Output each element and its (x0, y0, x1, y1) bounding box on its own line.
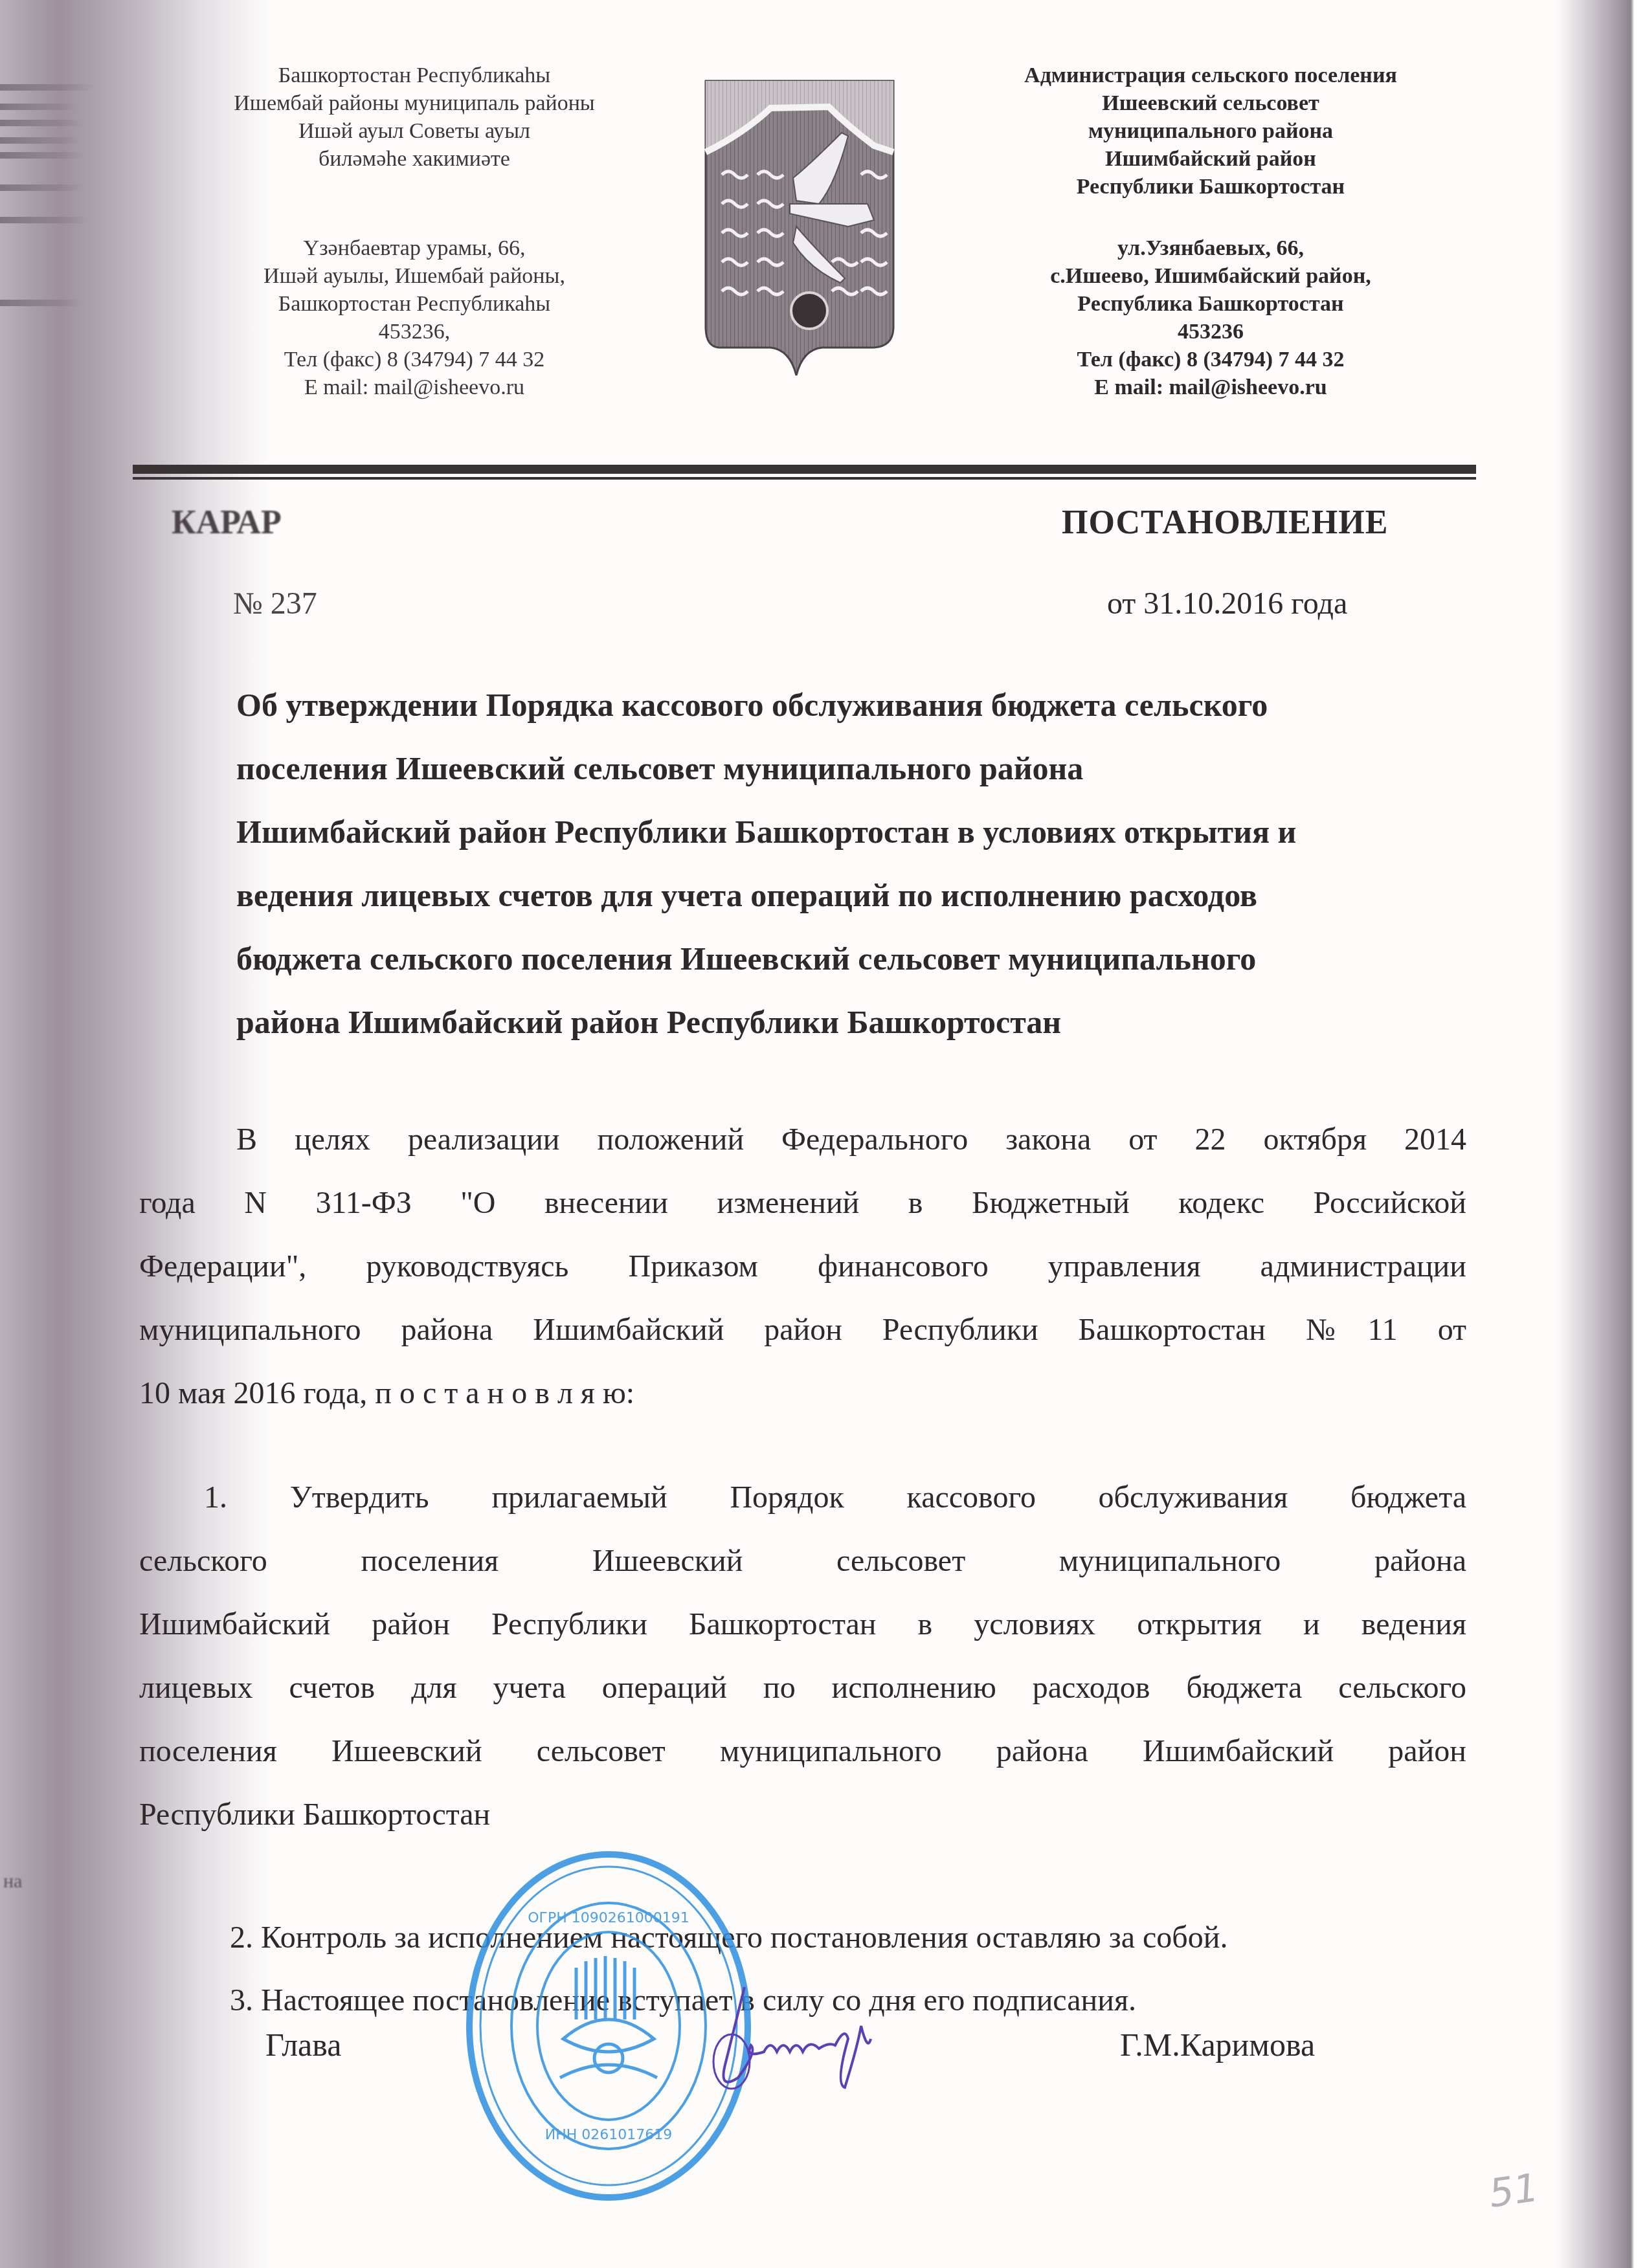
title-line: района Ишимбайский район Республики Башк… (236, 990, 1453, 1054)
doc-number: № 237 (233, 586, 317, 621)
header-left-line: Башкортостан Республикаhы (168, 61, 660, 89)
handwritten-page-number: 51 (1486, 2165, 1541, 2217)
preamble-line: В целях реализации положений Федеральног… (139, 1108, 1466, 1172)
header-right-line: Ишеевский сельсовет (952, 89, 1470, 117)
header-right-postcode: 453236 (952, 318, 1470, 346)
title-line: бюджета сельского поселения Ишеевский се… (236, 927, 1453, 990)
bleed-through-line (0, 104, 78, 110)
item-1-line: сельского поселения Ишеевский сельсовет … (139, 1529, 1466, 1593)
item-1-paragraph: 1. Утвердить прилагаемый Порядок кассово… (139, 1466, 1466, 1847)
signatory-name: Г.М.Каримова (1120, 2026, 1315, 2063)
signatory-position: Глава (265, 2026, 341, 2063)
bleed-through-line (0, 137, 81, 144)
header-right-address-line: с.Ишеево, Ишимбайский район, (952, 262, 1470, 290)
bleed-through-line (0, 152, 84, 159)
doc-type-bashkir: КАРАР (172, 504, 282, 542)
header-right-line: Администрация сельского поселения (952, 61, 1470, 89)
header-left-line: Ишембай районы муниципаль районы (168, 89, 660, 117)
header-right-line: муниципального района (952, 117, 1470, 145)
header-divider-thin (133, 477, 1476, 480)
header-divider-thick (133, 465, 1476, 474)
svg-text:ИНН 0261017619: ИНН 0261017619 (545, 2127, 673, 2143)
coat-of-arms-icon (680, 55, 913, 379)
header-left-postcode: 453236, (168, 318, 660, 346)
doc-type-russian: ПОСТАНОВЛЕНИЕ (1062, 504, 1388, 542)
header-left-line: Ишәй ауыл Советы ауыл (168, 117, 660, 145)
item-2-paragraph: 2. Контроль за исполнением настоящего по… (230, 1906, 1557, 1970)
header-right-email: E mail: mail@isheevo.ru (952, 373, 1470, 401)
header-left-address-line: Башкортостан Республикаhы (168, 290, 660, 318)
header-left-address-line: Ишәй ауылы, Ишембай районы, (168, 262, 660, 290)
title-line: ведения лицевых счетов для учета операци… (236, 863, 1453, 927)
bleed-through-line (0, 217, 91, 223)
preamble-line: муниципального района Ишимбайский район … (139, 1298, 1466, 1362)
doc-title: Об утверждении Порядка кассового обслужи… (236, 673, 1453, 1054)
header-right-line: Ишимбайский район (952, 145, 1470, 173)
preamble-paragraph: В целях реализации положений Федеральног… (139, 1108, 1466, 1425)
preamble-line: года N 311-ФЗ "О внесении изменений в Бю… (139, 1172, 1466, 1235)
header-left-email: E mail: mail@isheevo.ru (168, 373, 660, 401)
header-right-russian: Администрация сельского поселения Ишеевс… (952, 61, 1470, 401)
handwritten-signature-icon (706, 1981, 913, 2097)
header-right-address-line: ул.Узянбаевых, 66, (952, 234, 1470, 262)
title-line: поселения Ишеевский сельсовет муниципаль… (236, 737, 1453, 800)
header-right-address-line: Республика Башкортостан (952, 290, 1470, 318)
preamble-line: Федерации", руководствуясь Приказом фина… (139, 1235, 1466, 1298)
bleed-through-line (0, 300, 84, 306)
header-left-line: биләмәhе хакимиәте (168, 145, 660, 173)
bleed-through-line (0, 84, 97, 91)
preamble-line: 10 мая 2016 года, п о с т а н о в л я ю: (139, 1362, 1466, 1425)
header-left-bashkir: Башкортостан Республикаhы Ишембай районы… (168, 61, 660, 401)
item-1-line: Ишимбайский район Республики Башкортоста… (139, 1593, 1466, 1656)
item-1-line: лицевых счетов для учета операций по исп… (139, 1656, 1466, 1720)
header-left-phone: Тел (факс) 8 (34794) 7 44 32 (168, 346, 660, 373)
header-left-address-line: Үзәнбаевтар урамы, 66, (168, 234, 660, 262)
doc-date: от 31.10.2016 года (1107, 586, 1347, 621)
item-1-line: 1. Утвердить прилагаемый Порядок кассово… (139, 1466, 1466, 1529)
header-right-line: Республики Башкортостан (952, 173, 1470, 201)
bleed-through-text-fragment: на (3, 1871, 22, 1893)
item-1-line: Республики Башкортостан (139, 1783, 1466, 1847)
title-line: Ишимбайский район Республики Башкортоста… (236, 800, 1453, 863)
item-1-line: поселения Ишеевский сельсовет муниципаль… (139, 1720, 1466, 1783)
bleed-through-line (0, 120, 84, 126)
header-right-phone: Тел (факс) 8 (34794) 7 44 32 (952, 346, 1470, 373)
title-line: Об утверждении Порядка кассового обслужи… (236, 673, 1453, 737)
svg-text:ОГРН 1090261000191: ОГРН 1090261000191 (528, 1910, 689, 1926)
bleed-through-line (0, 184, 84, 191)
scan-shadow-right (1556, 0, 1647, 2268)
